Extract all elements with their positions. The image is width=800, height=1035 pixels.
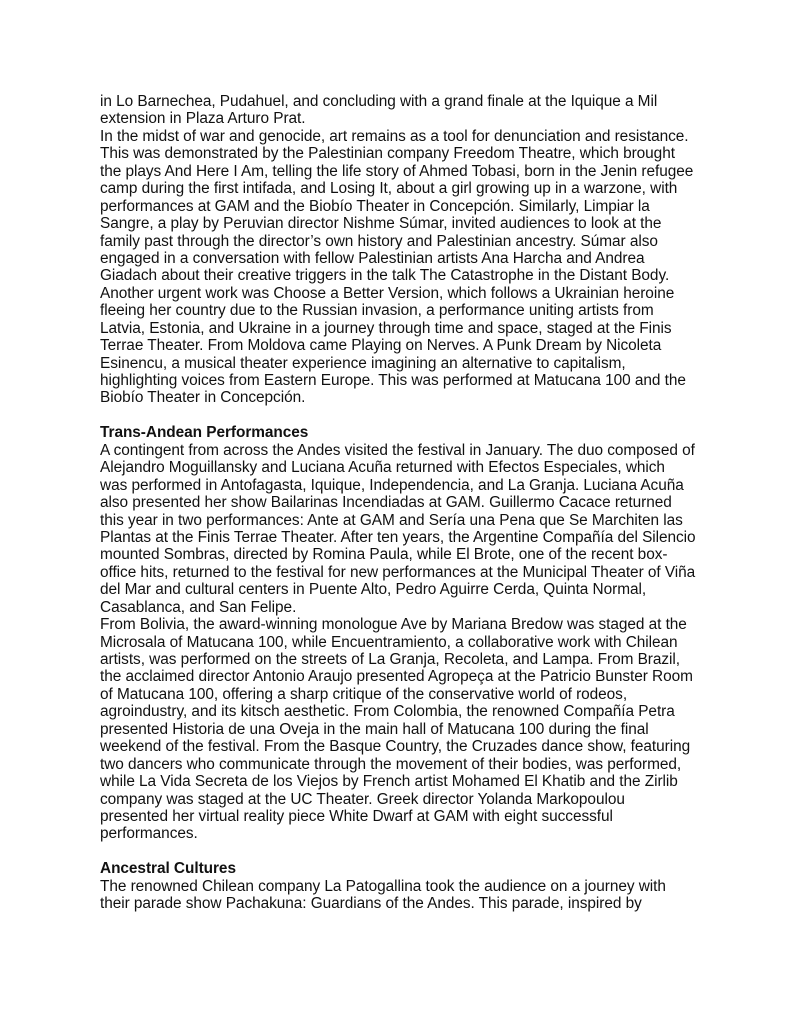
text-line: Latvia, Estonia, and Ukraine in a journe… [100, 320, 720, 337]
text-line: A contingent from across the Andes visit… [100, 442, 720, 459]
text-line: Microsala of Matucana 100, while Encuent… [100, 634, 720, 651]
text-line: this year in two performances: Ante at G… [100, 512, 720, 529]
text-line: the plays And Here I Am, telling the lif… [100, 163, 720, 180]
text-line: In the midst of war and genocide, art re… [100, 128, 720, 145]
text-line: extension in Plaza Arturo Prat. [100, 110, 720, 127]
text-line: two dancers who communicate through the … [100, 756, 720, 773]
text-line: company was staged at the UC Theater. Gr… [100, 791, 720, 808]
trans-andean-paragraph-2: From Bolivia, the award-winning monologu… [100, 616, 720, 843]
text-line: in Lo Barnechea, Pudahuel, and concludin… [100, 93, 720, 110]
trans-andean-paragraph-1: A contingent from across the Andes visit… [100, 442, 720, 616]
text-line: office hits, returned to the festival fo… [100, 564, 720, 581]
text-line: also presented her show Bailarinas Incen… [100, 494, 720, 511]
text-line: mounted Sombras, directed by Romina Paul… [100, 546, 720, 563]
text-line: Another urgent work was Choose a Better … [100, 285, 720, 302]
section-ancestral-cultures: Ancestral Cultures The renowned Chilean … [100, 860, 720, 912]
text-line: performances. [100, 825, 720, 842]
text-line: Sangre, a play by Peruvian director Nish… [100, 215, 720, 232]
text-line: This was demonstrated by the Palestinian… [100, 145, 720, 162]
text-line: presented Historia de una Oveja in the m… [100, 721, 720, 738]
war-resistance-paragraph: In the midst of war and genocide, art re… [100, 128, 720, 407]
text-line: the acclaimed director Antonio Araujo pr… [100, 668, 720, 685]
text-line: of Matucana 100, offering a sharp critiq… [100, 686, 720, 703]
text-line: Terrae Theater. From Moldova came Playin… [100, 337, 720, 354]
text-line: Giadach about their creative triggers in… [100, 267, 720, 284]
text-line: their parade show Pachakuna: Guardians o… [100, 895, 720, 912]
text-line: artists, was performed on the streets of… [100, 651, 720, 668]
text-line: engaged in a conversation with fellow Pa… [100, 250, 720, 267]
text-line: Casablanca, and San Felipe. [100, 599, 720, 616]
text-line: Plantas at the Finis Terrae Theater. Aft… [100, 529, 720, 546]
text-line: From Bolivia, the award-winning monologu… [100, 616, 720, 633]
section-heading: Trans-Andean Performances [100, 424, 720, 441]
text-line: del Mar and cultural centers in Puente A… [100, 581, 720, 598]
document-page: in Lo Barnechea, Pudahuel, and concludin… [100, 93, 720, 913]
text-line: family past through the director’s own h… [100, 233, 720, 250]
section-heading: Ancestral Cultures [100, 860, 720, 877]
text-line: while La Vida Secreta de los Viejos by F… [100, 773, 720, 790]
paragraph-spacer [100, 843, 720, 860]
text-line: weekend of the festival. From the Basque… [100, 738, 720, 755]
text-line: Biobío Theater in Concepción. [100, 389, 720, 406]
paragraph-spacer [100, 407, 720, 424]
text-line: Esinencu, a musical theater experience i… [100, 355, 720, 372]
text-line: presented her virtual reality piece Whit… [100, 808, 720, 825]
text-line: The renowned Chilean company La Patogall… [100, 878, 720, 895]
text-line: Alejandro Moguillansky and Luciana Acuña… [100, 459, 720, 476]
text-line: was performed in Antofagasta, Iquique, I… [100, 477, 720, 494]
text-line: highlighting voices from Eastern Europe.… [100, 372, 720, 389]
text-line: camp during the first intifada, and Losi… [100, 180, 720, 197]
text-line: performances at GAM and the Biobío Theat… [100, 198, 720, 215]
text-line: agroindustry, and its kitsch aesthetic. … [100, 703, 720, 720]
text-line: fleeing her country due to the Russian i… [100, 302, 720, 319]
intro-paragraph: in Lo Barnechea, Pudahuel, and concludin… [100, 93, 720, 128]
ancestral-paragraph-1: The renowned Chilean company La Patogall… [100, 878, 720, 913]
section-trans-andean: Trans-Andean Performances A contingent f… [100, 424, 720, 843]
